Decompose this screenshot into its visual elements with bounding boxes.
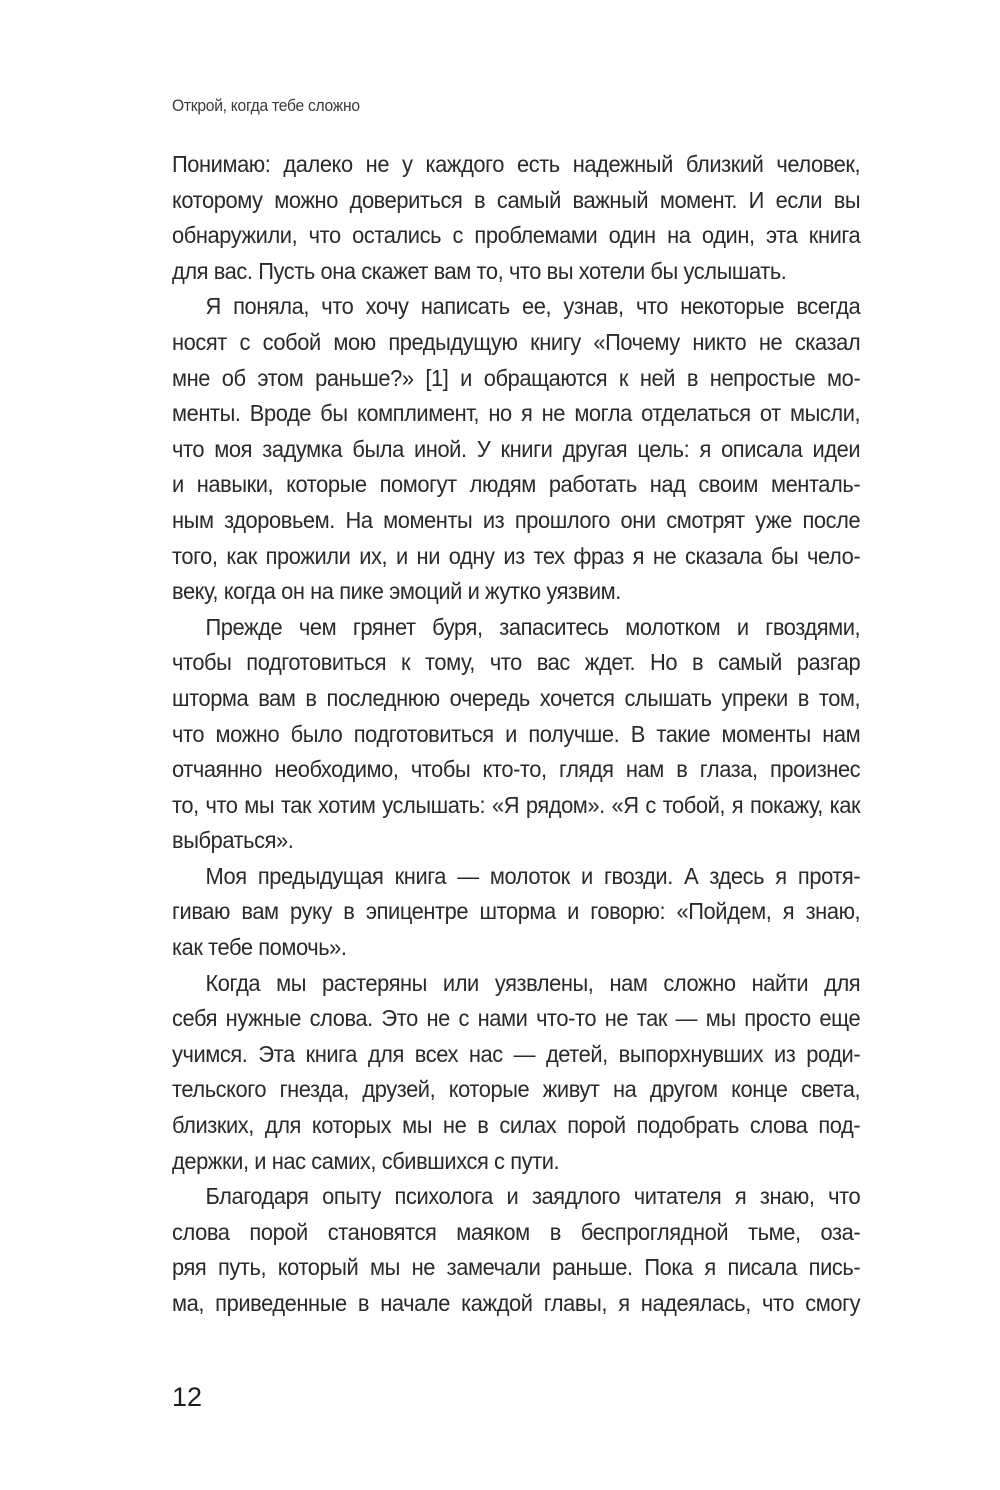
text-line: ма, приведенные в начале каждой главы, я…	[172, 1286, 860, 1322]
text-line: Понимаю: далеко не у каждого есть надежн…	[172, 147, 860, 183]
text-line: шторма вам в последнюю очередь хочется с…	[172, 681, 860, 717]
text-line: учимся. Эта книга для всех нас — детей, …	[172, 1037, 860, 1073]
body-text: Понимаю: далеко не у каждого есть надежн…	[172, 147, 860, 1322]
page-number: 12	[172, 1382, 202, 1413]
text-line: что моя задумка была иной. У книги друга…	[172, 432, 860, 468]
running-head: Открой, когда тебе сложно	[172, 96, 360, 116]
paragraph-first-line: Прежде чем грянет буря, запаситесь молот…	[172, 610, 860, 646]
text-line: выбраться».	[172, 823, 860, 859]
text-line: носят с собой мою предыдущую книгу «Поче…	[172, 325, 860, 361]
text-line: для вас. Пусть она скажет вам то, что вы…	[172, 254, 860, 290]
text-line: чтобы подготовиться к тому, что вас ждет…	[172, 645, 860, 681]
text-line: ряя путь, который мы не замечали раньше.…	[172, 1250, 860, 1286]
paragraph-first-line: Благодаря опыту психолога и заядлого чит…	[172, 1179, 860, 1215]
text-line: что можно было подготовиться и получше. …	[172, 717, 860, 753]
text-line: близких, для которых мы не в силах порой…	[172, 1108, 860, 1144]
text-line: ным здоровьем. На моменты из прошлого он…	[172, 503, 860, 539]
text-line: как тебе помочь».	[172, 930, 860, 966]
text-line: тельского гнезда, друзей, которые живут …	[172, 1072, 860, 1108]
text-line: гиваю вам руку в эпицентре шторма и гово…	[172, 894, 860, 930]
text-line: обнаружили, что остались с проблемами од…	[172, 218, 860, 254]
text-line: то, что мы так хотим услышать: «Я рядом»…	[172, 788, 860, 824]
text-line: мне об этом раньше?» [1] и обращаются к …	[172, 361, 860, 397]
paragraph-first-line: Моя предыдущая книга — молоток и гвозди.…	[172, 859, 860, 895]
paragraph-first-line: Когда мы растеряны или уязвлены, нам сло…	[172, 966, 860, 1002]
text-line: того, как прожили их, и ни одну из тех ф…	[172, 539, 860, 575]
text-line: отчаянно необходимо, чтобы кто-то, глядя…	[172, 752, 860, 788]
text-line: которому можно довериться в самый важный…	[172, 183, 860, 219]
text-line: и навыки, которые помогут людям работать…	[172, 467, 860, 503]
text-line: менты. Вроде бы комплимент, но я не могл…	[172, 396, 860, 432]
text-line: слова порой становятся маяком в беспрогл…	[172, 1215, 860, 1251]
text-line: веку, когда он на пике эмоций и жутко уя…	[172, 574, 860, 610]
paragraph-first-line: Я поняла, что хочу написать ее, узнав, ч…	[172, 289, 860, 325]
text-line: держки, и нас самих, сбившихся с пути.	[172, 1144, 860, 1180]
text-line: себя нужные слова. Это не с нами что-то …	[172, 1001, 860, 1037]
